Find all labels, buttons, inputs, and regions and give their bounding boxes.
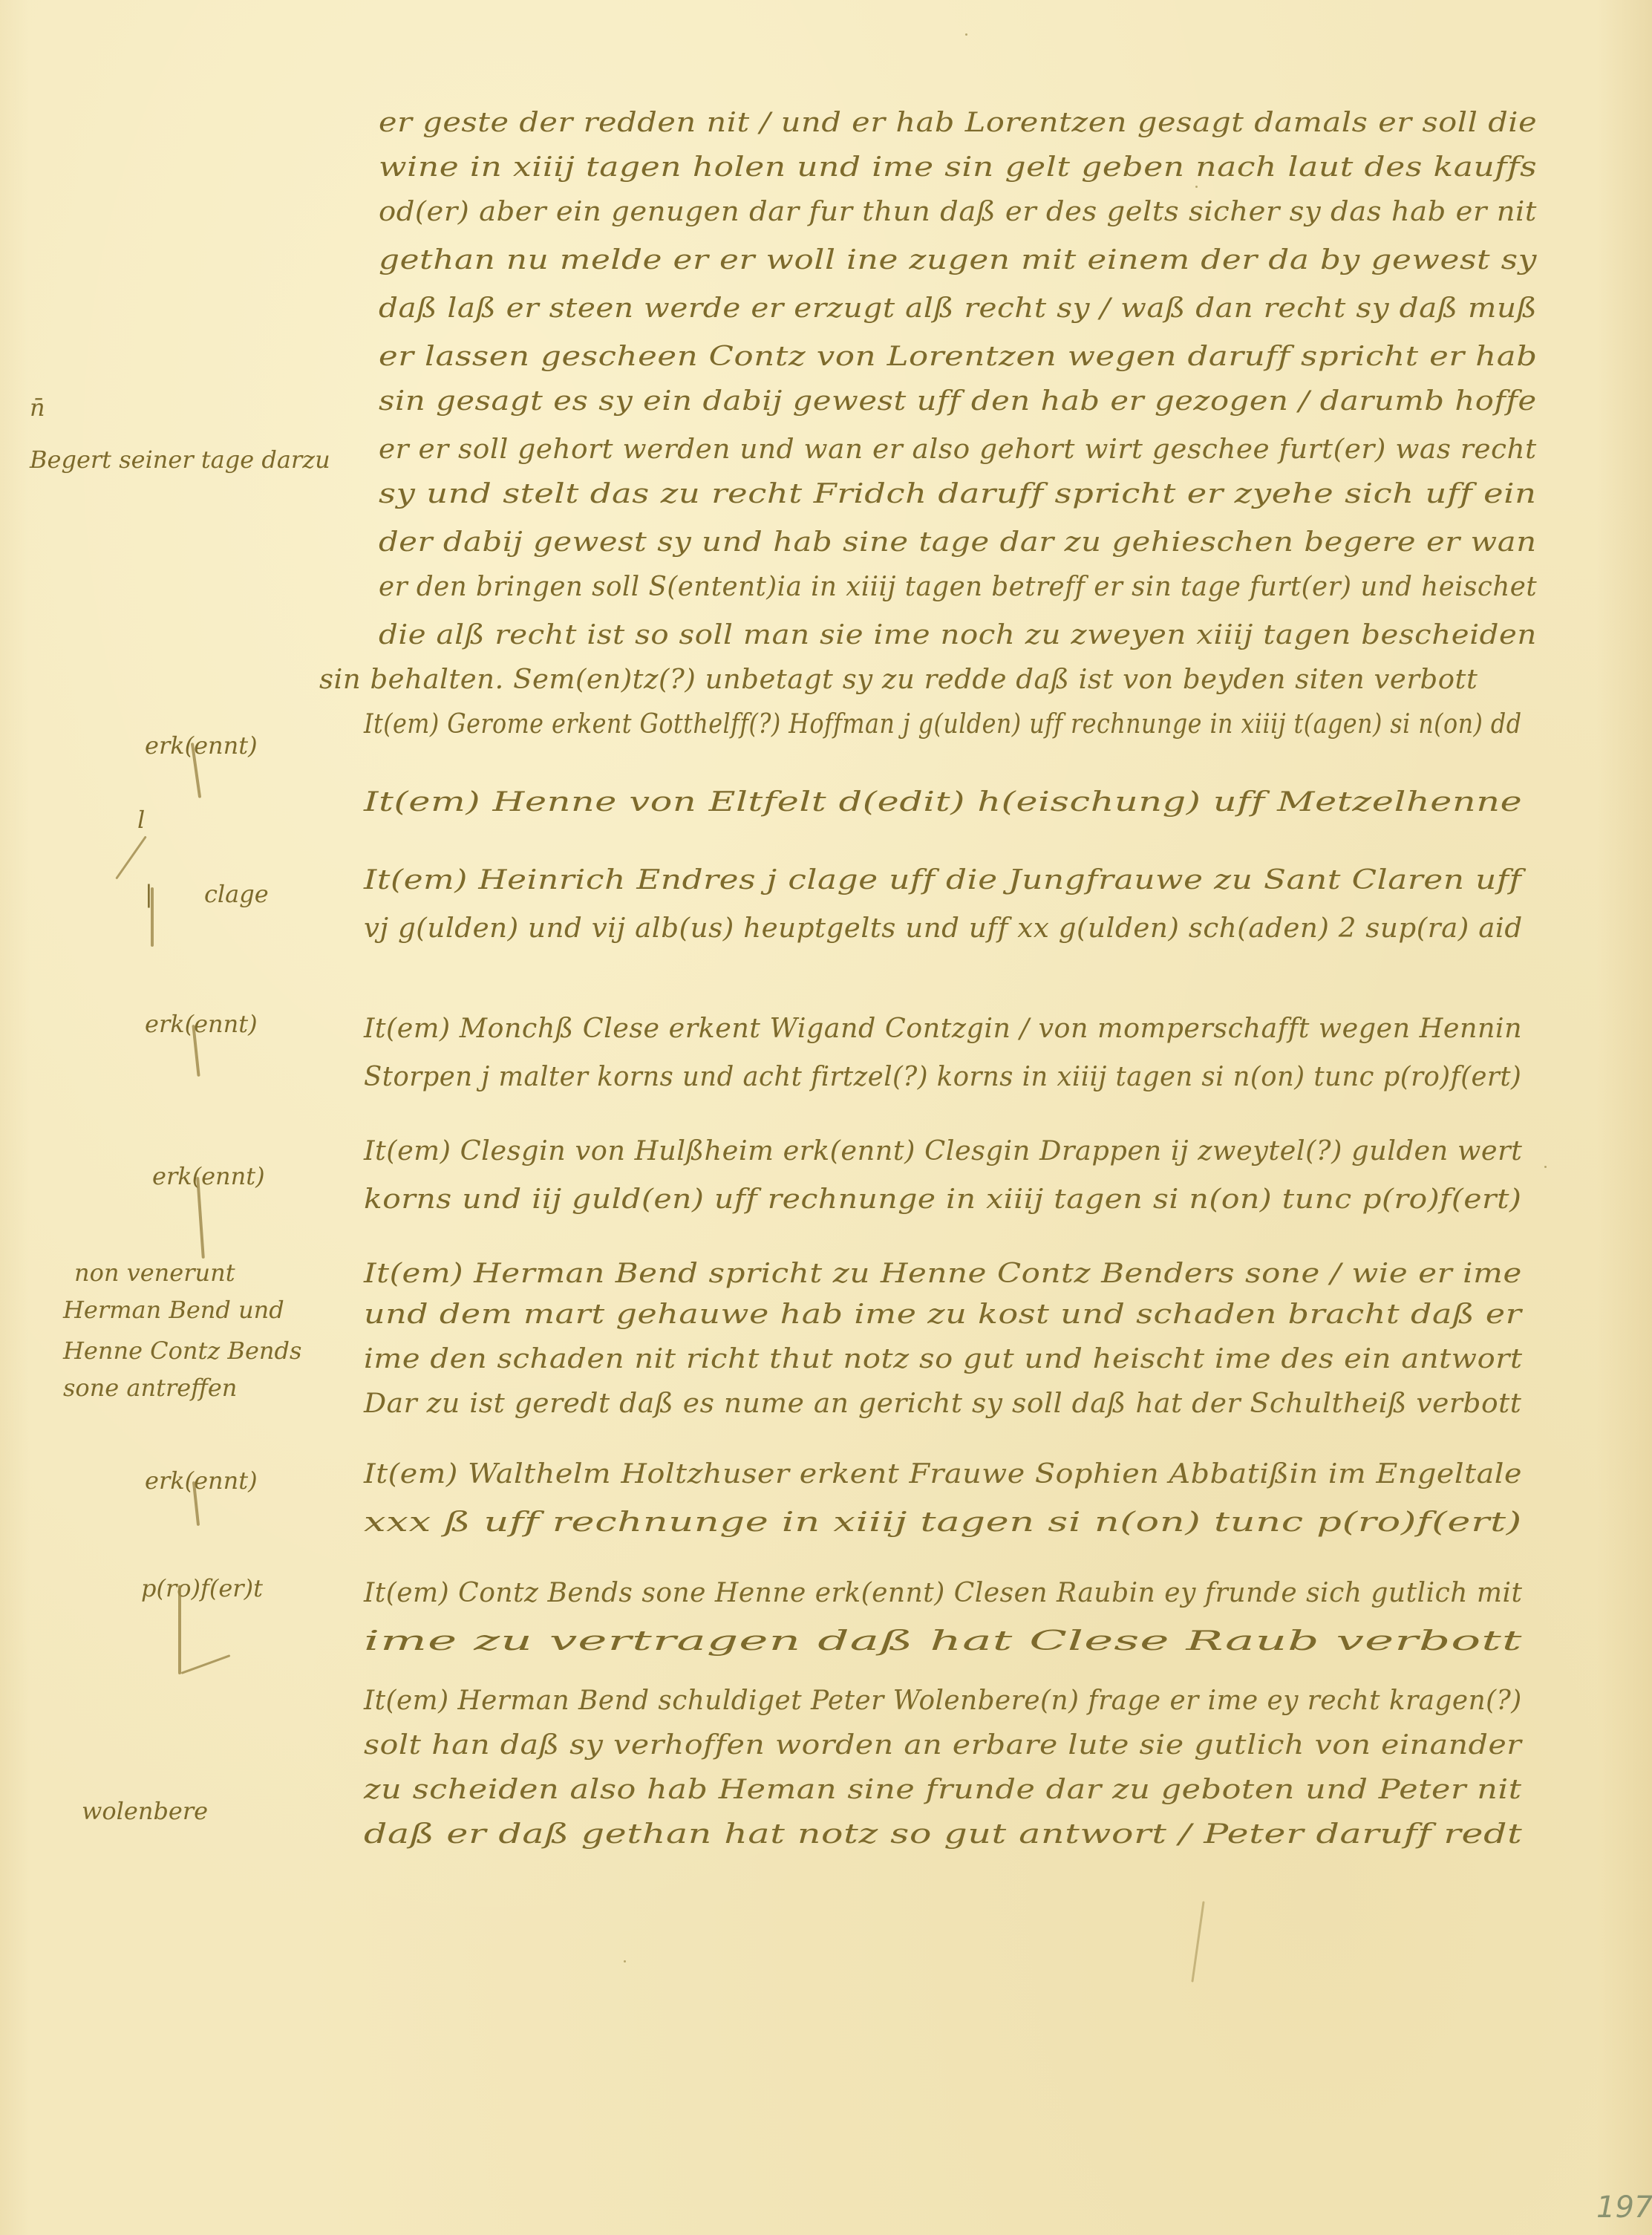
margin-note: wolenbere bbox=[82, 1797, 208, 1825]
manuscript-line: solt han daß sy verhoffen worden an erba… bbox=[364, 1730, 1521, 1761]
manuscript-line: It(em) Gerome erkent Gotthelff(?) Hoffma… bbox=[364, 709, 1521, 740]
margin-bracket-stroke bbox=[151, 887, 154, 947]
manuscript-line: vj g(ulden) und vij alb(us) heuptgelts u… bbox=[364, 913, 1523, 944]
margin-note: Begert seiner tage darzu bbox=[30, 446, 330, 474]
margin-bracket-stroke bbox=[115, 835, 147, 879]
manuscript-line: sin gesagt es sy ein dabij gewest uff de… bbox=[379, 386, 1537, 417]
margin-note: erk(ennt) bbox=[145, 1010, 258, 1038]
paper-speck bbox=[965, 33, 967, 36]
manuscript-line: It(em) Heinrich Endres j clage uff die J… bbox=[364, 865, 1521, 895]
margin-bracket-stroke bbox=[181, 1654, 231, 1674]
margin-note: Herman Bend und bbox=[63, 1296, 284, 1324]
manuscript-line: er er soll gehort werden und wan er also… bbox=[379, 434, 1537, 465]
manuscript-line: It(em) Clesgin von Hulßheim erk(ennt) Cl… bbox=[364, 1136, 1522, 1167]
margin-note: l bbox=[137, 806, 145, 834]
manuscript-line: wine in xiiij tagen holen und ime sin ge… bbox=[379, 152, 1537, 183]
manuscript-line: die alß recht ist so soll man sie ime no… bbox=[379, 620, 1537, 650]
margin-note: p(ro)f(er)t bbox=[141, 1574, 263, 1602]
margin-bracket-stroke bbox=[1191, 1901, 1204, 1982]
manuscript-line: It(em) Herman Bend schuldiget Peter Wole… bbox=[364, 1686, 1522, 1716]
margin-note: clage bbox=[204, 880, 269, 908]
margin-note: non venerunt bbox=[74, 1259, 235, 1287]
manuscript-line: er den bringen soll S(entent)ia in xiiij… bbox=[379, 572, 1537, 602]
manuscript-line: od(er) aber ein genugen dar fur thun daß… bbox=[379, 197, 1537, 227]
margin-note: erk(ennt) bbox=[152, 1162, 265, 1190]
margin-note: n̄ bbox=[30, 394, 45, 422]
manuscript-line: daß er daß gethan hat notz so gut antwor… bbox=[364, 1819, 1522, 1850]
manuscript-line: Dar zu ist geredt daß es nume an gericht… bbox=[364, 1389, 1521, 1419]
manuscript-line: er lassen gescheen Contz von Lorentzen w… bbox=[379, 342, 1538, 372]
manuscript-line: gethan nu melde er er woll ine zugen mit… bbox=[379, 245, 1537, 275]
margin-note: erk(ennt) bbox=[145, 731, 258, 760]
manuscript-line: ime den schaden nit richt thut notz so g… bbox=[364, 1344, 1523, 1374]
manuscript-line: It(em) Henne von Eltfelt d(edit) h(eisch… bbox=[364, 787, 1522, 818]
manuscript-line: It(em) Contz Bends sone Henne erk(ennt) … bbox=[364, 1578, 1523, 1608]
manuscript-line: sy und stelt das zu recht Fridch daruff … bbox=[379, 479, 1537, 509]
paper-speck bbox=[624, 1960, 626, 1962]
manuscript-line: It(em) Monchß Clese erkent Wigand Contzg… bbox=[364, 1014, 1522, 1044]
margin-note: sone antreffen bbox=[63, 1374, 237, 1402]
manuscript-line: ime zu vertragen daß hat Clese Raub verb… bbox=[364, 1626, 1522, 1657]
manuscript-line: der dabij gewest sy und hab sine tage da… bbox=[379, 527, 1537, 558]
manuscript-line: und dem mart gehauwe hab ime zu kost und… bbox=[364, 1299, 1521, 1330]
margin-note: Henne Contz Bends bbox=[63, 1337, 301, 1365]
margin-bracket-stroke bbox=[178, 1585, 181, 1674]
manuscript-line: Storpen j malter korns und acht firtzel(… bbox=[364, 1062, 1521, 1092]
manuscript-line: It(em) Herman Bend spricht zu Henne Cont… bbox=[364, 1259, 1522, 1289]
manuscript-line: korns und iij guld(en) uff rechnunge in … bbox=[364, 1184, 1522, 1215]
manuscript-line: zu scheiden also hab Heman sine frunde d… bbox=[364, 1775, 1522, 1805]
manuscript-line: er geste der redden nit / und er hab Lor… bbox=[379, 108, 1537, 138]
paper-speck bbox=[1544, 1166, 1547, 1168]
manuscript-line: sin behalten. Sem(en)tz(?) unbetagt sy z… bbox=[319, 665, 1478, 695]
manuscript-line: xxx ß uff rechnunge in xiiij tagen si n(… bbox=[364, 1507, 1522, 1538]
manuscript-page: n̄Begert seiner tage darzuerk(ennt)l|cla… bbox=[0, 0, 1652, 2235]
paper-speck bbox=[1195, 186, 1198, 188]
page-number: 197 bbox=[1596, 2190, 1652, 2225]
manuscript-line: It(em) Walthelm Holtzhuser erkent Frauwe… bbox=[364, 1459, 1522, 1490]
manuscript-line: daß laß er steen werde er erzugt alß rec… bbox=[379, 293, 1537, 324]
margin-note: erk(ennt) bbox=[145, 1466, 258, 1495]
